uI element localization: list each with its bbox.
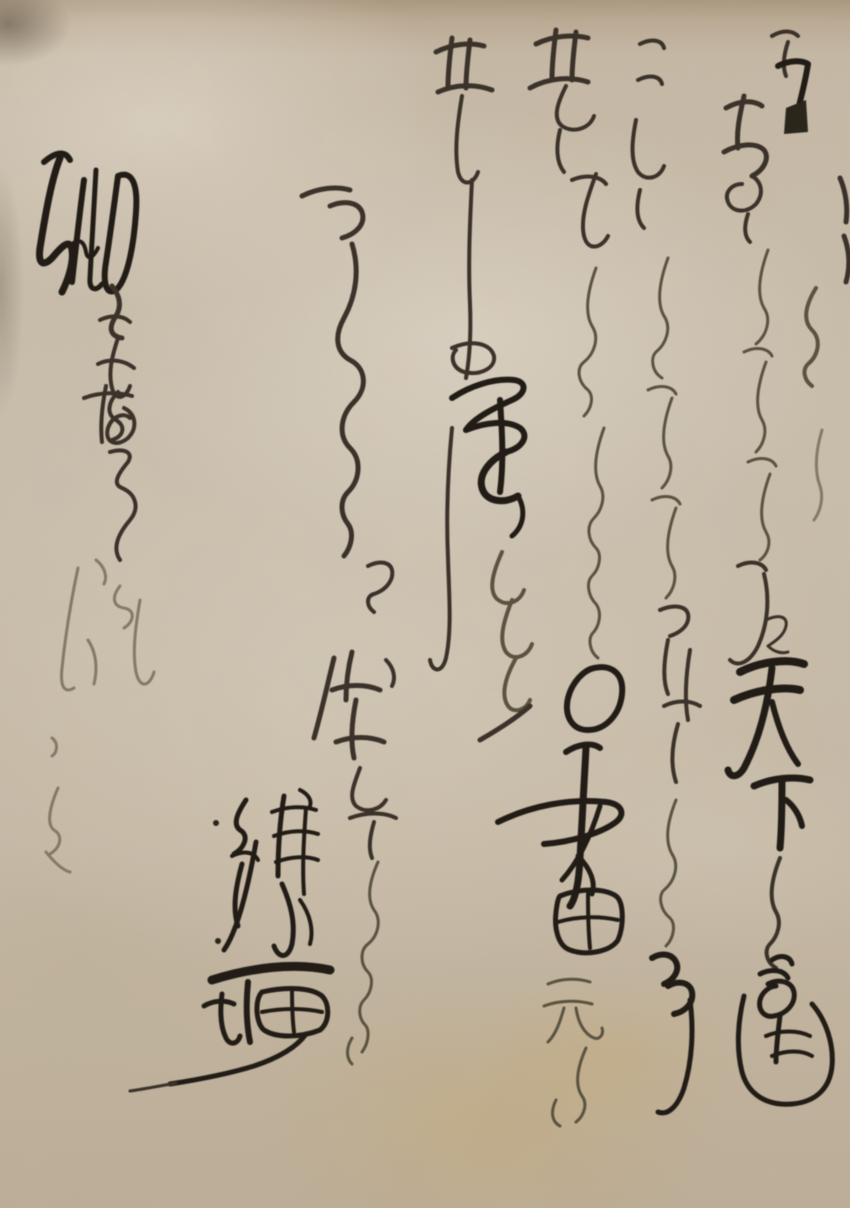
photograph-of-letter: Aged tan washi paper bearing a Japanese … bbox=[0, 0, 850, 1208]
ink-spot bbox=[215, 938, 221, 944]
ink-spot bbox=[213, 820, 219, 826]
calligraphy-artwork bbox=[0, 0, 850, 1208]
paper-grain-texture bbox=[0, 0, 850, 1208]
